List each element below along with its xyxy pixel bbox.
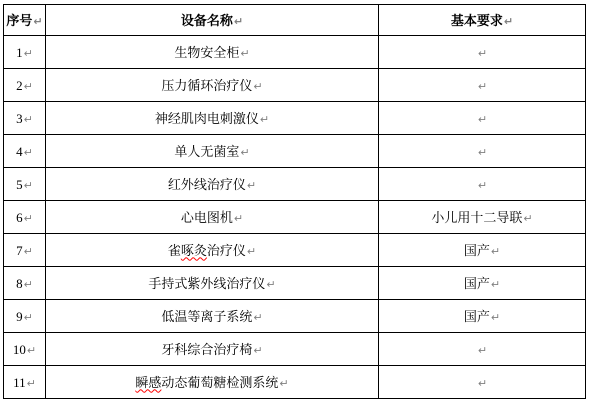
cell-basic-requirement: 国产↵ — [379, 234, 586, 267]
header-row: 序号↵ 设备名称↵ 基本要求↵ — [4, 5, 586, 36]
header-label: 设备名称 — [181, 13, 233, 28]
cell-equipment-name: 生物安全柜↵ — [46, 36, 379, 69]
column-header-number: 序号↵ — [4, 5, 46, 36]
paragraph-mark-icon: ↵ — [234, 212, 243, 225]
paragraph-mark-icon: ↵ — [253, 344, 262, 357]
serial-number-text: 3 — [16, 111, 23, 126]
paragraph-mark-icon: ↵ — [24, 113, 33, 126]
cell-equipment-name: 压力循环治疗仪↵ — [46, 69, 379, 102]
table-row: 4↵单人无菌室↵↵ — [4, 135, 586, 168]
serial-number-text: 5 — [16, 177, 23, 192]
basic-requirement-text: 国产 — [464, 276, 490, 291]
serial-number-text: 7 — [16, 243, 23, 258]
cell-equipment-name: 低温等离子系统↵ — [46, 300, 379, 333]
cell-serial-number: 7↵ — [4, 234, 46, 267]
equipment-name-text: 生物安全柜 — [174, 45, 239, 60]
serial-number-text: 9 — [16, 309, 23, 324]
serial-number-text: 2 — [16, 78, 23, 93]
paragraph-mark-icon: ↵ — [24, 47, 33, 60]
equipment-name-text: 雀 — [168, 243, 181, 258]
table-row: 7↵雀啄灸治疗仪↵国产↵ — [4, 234, 586, 267]
paragraph-mark-icon: ↵ — [247, 245, 256, 258]
cell-serial-number: 2↵ — [4, 69, 46, 102]
paragraph-mark-icon: ↵ — [27, 377, 36, 390]
equipment-name-text: 手持式紫外线治疗仪 — [148, 276, 265, 291]
cell-serial-number: 8↵ — [4, 267, 46, 300]
paragraph-mark-icon: ↵ — [260, 113, 269, 126]
basic-requirement-text: 国产 — [464, 243, 490, 258]
cell-basic-requirement: ↵ — [379, 36, 586, 69]
cell-equipment-name: 雀啄灸治疗仪↵ — [46, 234, 379, 267]
cell-basic-requirement: ↵ — [379, 168, 586, 201]
cell-basic-requirement: 小儿用十二导联↵ — [379, 201, 586, 234]
equipment-name-text: 治疗仪 — [207, 243, 246, 258]
paragraph-mark-icon: ↵ — [240, 146, 249, 159]
paragraph-mark-icon: ↵ — [24, 179, 33, 192]
table-row: 1↵生物安全柜↵↵ — [4, 36, 586, 69]
serial-number-text: 6 — [16, 210, 23, 225]
table-row: 11↵瞬感动态葡萄糖检测系统↵↵ — [4, 366, 586, 399]
cell-serial-number: 4↵ — [4, 135, 46, 168]
serial-number-text: 10 — [13, 342, 26, 357]
paragraph-mark-icon: ↵ — [24, 245, 33, 258]
table-row: 6↵心电图机↵小儿用十二导联↵ — [4, 201, 586, 234]
header-label: 序号 — [6, 13, 32, 28]
paragraph-mark-icon: ↵ — [523, 212, 532, 225]
cell-equipment-name: 心电图机↵ — [46, 201, 379, 234]
cell-equipment-name: 红外线治疗仪↵ — [46, 168, 379, 201]
paragraph-mark-icon: ↵ — [478, 146, 487, 159]
paragraph-mark-icon: ↵ — [234, 15, 243, 28]
paragraph-mark-icon: ↵ — [240, 47, 249, 60]
paragraph-mark-icon: ↵ — [279, 377, 288, 390]
cell-serial-number: 11↵ — [4, 366, 46, 399]
paragraph-mark-icon: ↵ — [478, 47, 487, 60]
paragraph-mark-icon: ↵ — [253, 80, 262, 93]
paragraph-mark-icon: ↵ — [266, 278, 275, 291]
equipment-name-text: 牙科综合治疗椅 — [161, 342, 252, 357]
serial-number-text: 11 — [13, 375, 26, 390]
equipment-name-text: 单人无菌室 — [174, 144, 239, 159]
paragraph-mark-icon: ↵ — [24, 80, 33, 93]
paragraph-mark-icon: ↵ — [478, 344, 487, 357]
basic-requirement-text: 国产 — [464, 309, 490, 324]
table-row: 10↵牙科综合治疗椅↵↵ — [4, 333, 586, 366]
basic-requirement-text: 小儿用十二导联 — [431, 210, 522, 225]
cell-serial-number: 6↵ — [4, 201, 46, 234]
column-header-basic-requirement: 基本要求↵ — [379, 5, 586, 36]
paragraph-mark-icon: ↵ — [253, 311, 262, 324]
paragraph-mark-icon: ↵ — [478, 179, 487, 192]
equipment-name-text: 心电图机 — [181, 210, 233, 225]
cell-basic-requirement: 国产↵ — [379, 267, 586, 300]
equipment-name-text-misspelled: 瞬感 — [135, 375, 161, 390]
cell-basic-requirement: ↵ — [379, 333, 586, 366]
paragraph-mark-icon: ↵ — [491, 278, 500, 291]
cell-serial-number: 5↵ — [4, 168, 46, 201]
paragraph-mark-icon: ↵ — [478, 113, 487, 126]
paragraph-mark-icon: ↵ — [247, 179, 256, 192]
serial-number-text: 1 — [16, 45, 23, 60]
paragraph-mark-icon: ↵ — [491, 311, 500, 324]
header-label: 基本要求 — [451, 13, 503, 28]
cell-serial-number: 9↵ — [4, 300, 46, 333]
equipment-name-text: 神经肌肉电刺激仪 — [155, 111, 259, 126]
table-row: 9↵低温等离子系统↵国产↵ — [4, 300, 586, 333]
paragraph-mark-icon: ↵ — [478, 377, 487, 390]
cell-equipment-name: 神经肌肉电刺激仪↵ — [46, 102, 379, 135]
table-row: 3↵神经肌肉电刺激仪↵↵ — [4, 102, 586, 135]
cell-equipment-name: 单人无菌室↵ — [46, 135, 379, 168]
cell-serial-number: 3↵ — [4, 102, 46, 135]
cell-equipment-name: 瞬感动态葡萄糖检测系统↵ — [46, 366, 379, 399]
document-page: 序号↵ 设备名称↵ 基本要求↵ 1↵生物安全柜↵↵2↵压力循环治疗仪↵↵3↵神经… — [0, 0, 589, 413]
paragraph-mark-icon: ↵ — [24, 278, 33, 291]
equipment-name-text: 低温等离子系统 — [161, 309, 252, 324]
paragraph-mark-icon: ↵ — [491, 245, 500, 258]
cell-basic-requirement: ↵ — [379, 69, 586, 102]
paragraph-mark-icon: ↵ — [24, 311, 33, 324]
equipment-name-text: 动态葡萄糖检测系统 — [161, 375, 278, 390]
column-header-equipment-name: 设备名称↵ — [46, 5, 379, 36]
cell-equipment-name: 牙科综合治疗椅↵ — [46, 333, 379, 366]
paragraph-mark-icon: ↵ — [33, 15, 42, 28]
table-row: 5↵红外线治疗仪↵↵ — [4, 168, 586, 201]
table-body: 1↵生物安全柜↵↵2↵压力循环治疗仪↵↵3↵神经肌肉电刺激仪↵↵4↵单人无菌室↵… — [4, 36, 586, 399]
equipment-table: 序号↵ 设备名称↵ 基本要求↵ 1↵生物安全柜↵↵2↵压力循环治疗仪↵↵3↵神经… — [3, 4, 586, 399]
equipment-name-text: 红外线治疗仪 — [168, 177, 246, 192]
paragraph-mark-icon: ↵ — [24, 212, 33, 225]
serial-number-text: 8 — [16, 276, 23, 291]
cell-basic-requirement: ↵ — [379, 366, 586, 399]
table-row: 8↵手持式紫外线治疗仪↵国产↵ — [4, 267, 586, 300]
cell-basic-requirement: 国产↵ — [379, 300, 586, 333]
serial-number-text: 4 — [16, 144, 23, 159]
cell-equipment-name: 手持式紫外线治疗仪↵ — [46, 267, 379, 300]
cell-basic-requirement: ↵ — [379, 135, 586, 168]
paragraph-mark-icon: ↵ — [27, 344, 36, 357]
paragraph-mark-icon: ↵ — [504, 15, 513, 28]
cell-serial-number: 1↵ — [4, 36, 46, 69]
paragraph-mark-icon: ↵ — [478, 80, 487, 93]
paragraph-mark-icon: ↵ — [24, 146, 33, 159]
equipment-name-text-misspelled: 啄灸 — [181, 243, 207, 258]
cell-serial-number: 10↵ — [4, 333, 46, 366]
table-row: 2↵压力循环治疗仪↵↵ — [4, 69, 586, 102]
cell-basic-requirement: ↵ — [379, 102, 586, 135]
equipment-name-text: 压力循环治疗仪 — [161, 78, 252, 93]
